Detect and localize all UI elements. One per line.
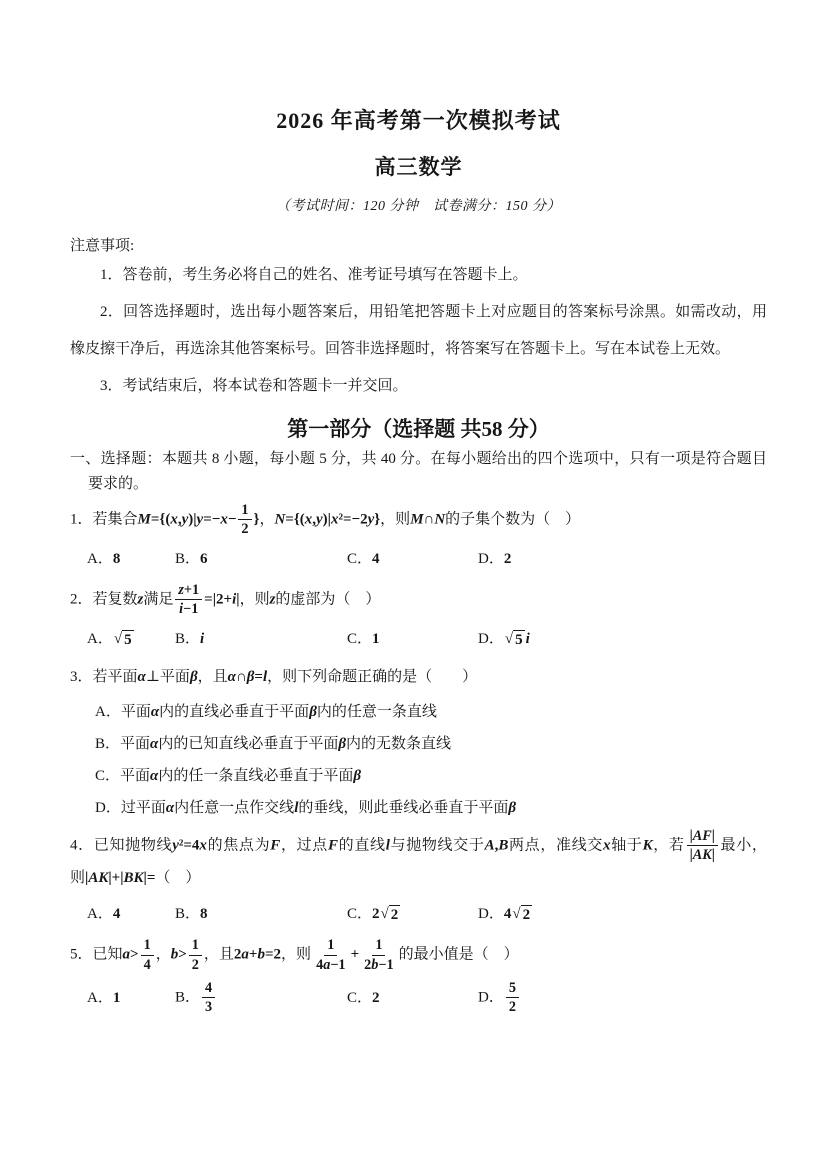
- option-D: D．2: [478, 545, 767, 573]
- radical-sign-icon: √: [381, 905, 389, 923]
- fraction: |AF||AK|: [687, 828, 718, 864]
- radical-sign-icon: √: [512, 905, 520, 923]
- option-D: D．4√2: [478, 900, 767, 928]
- fraction: 12b−1: [361, 937, 397, 973]
- radical-sign-icon: √: [505, 630, 513, 648]
- options-row: A．8B．6C．4D．2: [70, 545, 767, 573]
- fraction: 14a−1: [313, 937, 349, 973]
- notice-item-1: 1．答卷前，考生务必将自己的姓名、准考证号填写在答题卡上。: [70, 257, 767, 294]
- question-2: 2．若复数z满足z+1i−1=|2+i|，则z的虚部为（ ）A．√5B．iC．1…: [70, 582, 767, 653]
- fraction: 12: [189, 937, 202, 973]
- fraction: 52: [506, 980, 519, 1016]
- option-B: B．8: [175, 900, 347, 928]
- option-C: C．1: [347, 625, 478, 653]
- notice-item-3: 3．考试结束后，将本试卷和答题卡一并交回。: [70, 368, 767, 405]
- option-C: C．平面α内的任一条直线必垂直于平面β: [70, 764, 767, 788]
- question-4: 4．已知抛物线y²=4x的焦点为F，过点F的直线l与抛物线交于A,B两点，准线交…: [70, 828, 767, 929]
- option-C: C．2√2: [347, 900, 478, 928]
- question-stem: 3．若平面α⊥平面β，且α∩β=l，则下列命题正确的是（ ）: [70, 662, 767, 692]
- question-stem: 5．已知a>14，b>12，且2a+b=2，则14a−1+12b−1的最小值是（…: [70, 937, 767, 973]
- fraction: 12: [238, 502, 251, 538]
- option-A: A．1: [87, 984, 175, 1012]
- exam-info: （考试时间：120 分钟 试卷满分：150 分）: [70, 195, 767, 215]
- fraction: 14: [141, 937, 154, 973]
- option-B: B．6: [175, 545, 347, 573]
- fraction: 43: [202, 980, 215, 1016]
- question-3: 3．若平面α⊥平面β，且α∩β=l，则下列命题正确的是（ ）A．平面α内的直线必…: [70, 662, 767, 820]
- question-1: 1．若集合M={(x,y)|y=−x−12}，N={(x,y)|x²=−2y}，…: [70, 502, 767, 573]
- page-title: 2026 年高考第一次模拟考试: [70, 104, 767, 135]
- section-intro: 一、选择题：本题共 8 小题，每小题 5 分，共 40 分。在每小题给出的四个选…: [70, 447, 767, 497]
- option-B: B．i: [175, 625, 347, 653]
- section-title: 第一部分（选择题 共58 分）: [70, 413, 767, 443]
- option-A: A．平面α内的直线必垂直于平面β内的任意一条直线: [70, 700, 767, 724]
- question-stem: 2．若复数z满足z+1i−1=|2+i|，则z的虚部为（ ）: [70, 582, 767, 618]
- option-D: D．过平面α内任意一点作交线l的垂线，则此垂线必垂直于平面β: [70, 796, 767, 820]
- option-B: B．平面α内的已知直线必垂直于平面β内的无数条直线: [70, 732, 767, 756]
- option-D: D．√5i: [478, 625, 767, 653]
- exam-paper-page: 2026 年高考第一次模拟考试 高三数学 （考试时间：120 分钟 试卷满分：1…: [0, 0, 827, 1169]
- option-A: A．4: [87, 900, 175, 928]
- question-stem: 4．已知抛物线y²=4x的焦点为F，过点F的直线l与抛物线交于A,B两点，准线交…: [70, 828, 767, 894]
- notice-section: 注意事项: 1．答卷前，考生务必将自己的姓名、准考证号填写在答题卡上。 2．回答…: [70, 235, 767, 405]
- radical: √5: [505, 630, 525, 649]
- option-C: C．4: [347, 545, 478, 573]
- option-A: A．√5: [87, 625, 175, 653]
- option-B: B．43: [175, 980, 347, 1016]
- fraction: z+1i−1: [175, 582, 202, 618]
- questions-list: 1．若集合M={(x,y)|y=−x−12}，N={(x,y)|x²=−2y}，…: [70, 502, 767, 1016]
- radical: √2: [512, 905, 532, 924]
- page-subtitle: 高三数学: [70, 151, 767, 181]
- option-A: A．8: [87, 545, 175, 573]
- question-stem: 1．若集合M={(x,y)|y=−x−12}，N={(x,y)|x²=−2y}，…: [70, 502, 767, 538]
- options-row: A．√5B．iC．1D．√5i: [70, 625, 767, 653]
- option-C: C．2: [347, 984, 478, 1012]
- question-5: 5．已知a>14，b>12，且2a+b=2，则14a−1+12b−1的最小值是（…: [70, 937, 767, 1016]
- notice-label: 注意事项:: [70, 235, 767, 257]
- notice-item-2: 2．回答选择题时，选出每小题答案后，用铅笔把答题卡上对应题目的答案标号涂黑。如需…: [70, 294, 767, 368]
- option-D: D．52: [478, 980, 767, 1016]
- options-row: A．4B．8C．2√2D．4√2: [70, 900, 767, 928]
- radical: √2: [381, 905, 401, 924]
- radical: √5: [114, 630, 134, 649]
- options-row: A．1B．43C．2D．52: [70, 980, 767, 1016]
- radical-sign-icon: √: [114, 630, 122, 648]
